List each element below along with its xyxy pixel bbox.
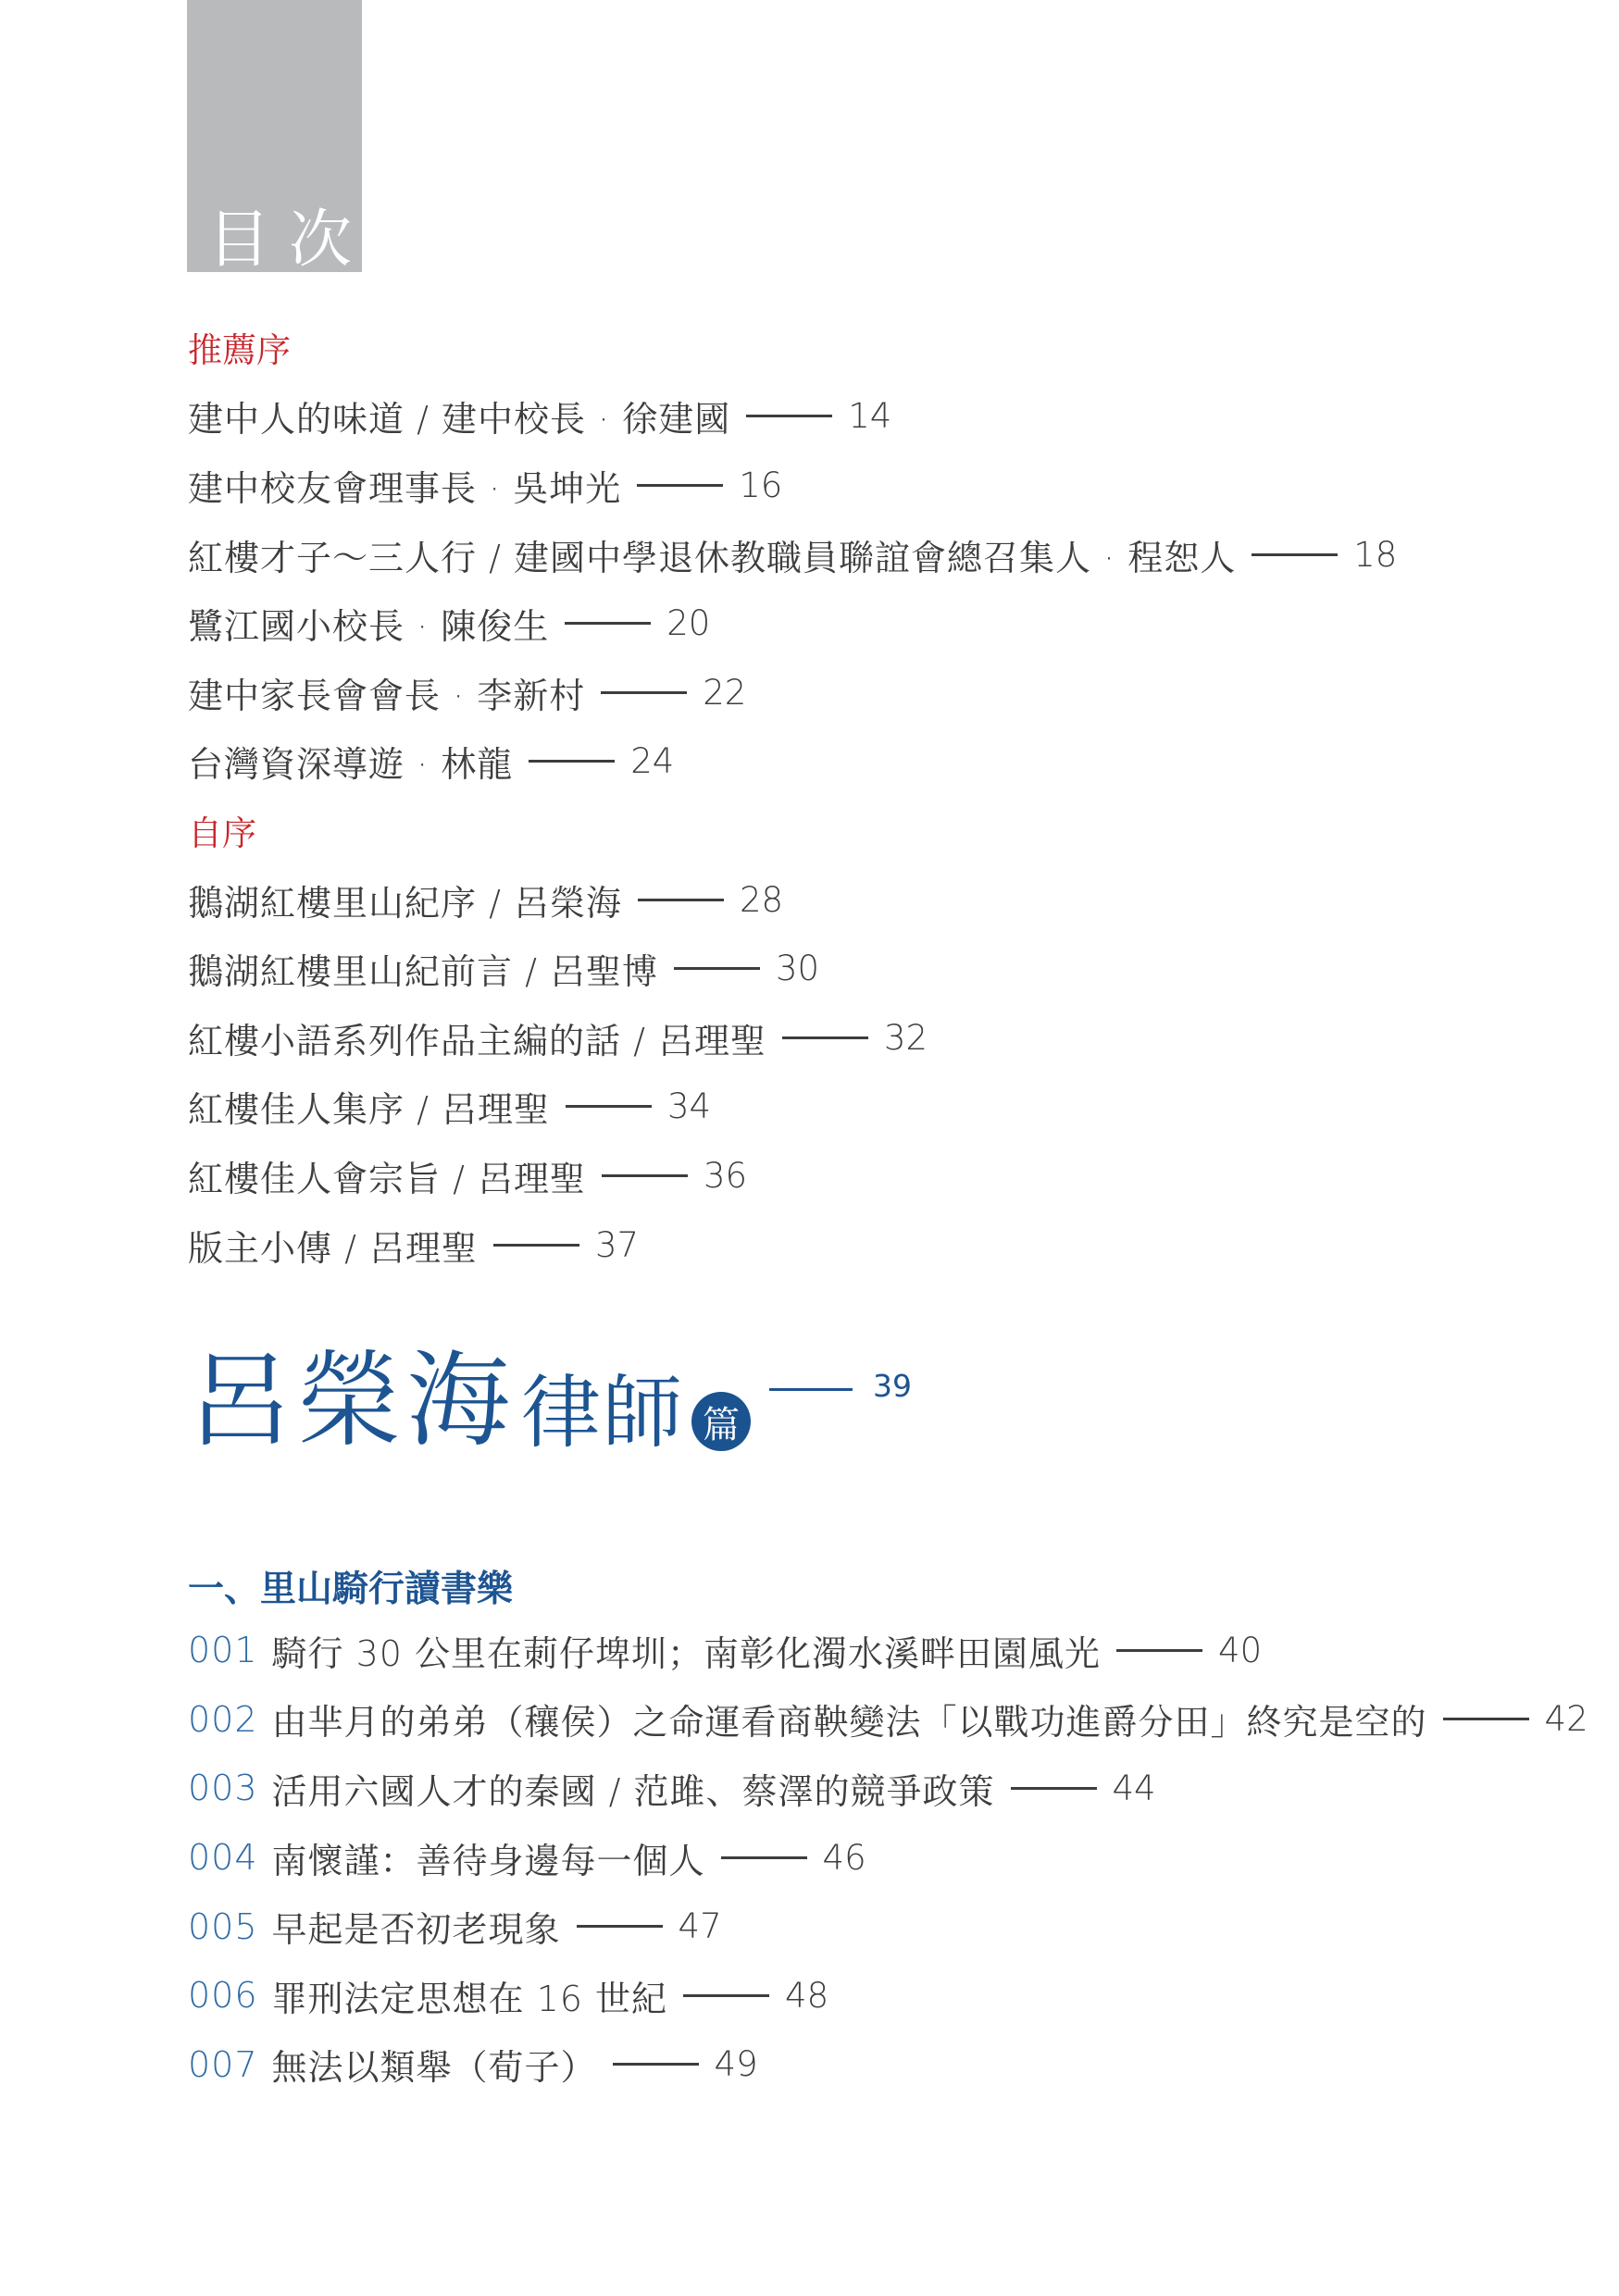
- leader-line: [1116, 1649, 1202, 1652]
- entry-title: 鷺江國小校長 · 陳俊生: [188, 598, 549, 649]
- entry-page: 37: [595, 1225, 639, 1265]
- front-matter-list: 推薦序 建中人的味道 / 建中校長 · 徐建國 14 建中校友會理事長 · 吳坤…: [188, 313, 1397, 1279]
- entry-title: 無法以類舉（荀子）: [272, 2039, 597, 2090]
- leader-line: [746, 415, 832, 417]
- entry-page: 32: [884, 1018, 928, 1058]
- leader-line: [674, 967, 760, 970]
- leader-line: [529, 760, 615, 763]
- entry-title: 建中家長會會長 · 李新村: [188, 667, 585, 718]
- toc-entry: 007 無法以類舉（荀子） 49: [188, 2030, 1588, 2100]
- leader-line: [565, 622, 651, 625]
- entry-page: 44: [1113, 1769, 1156, 1808]
- toc-entry: 鷺江國小校長 · 陳俊生 20: [188, 589, 1397, 658]
- entry-title: 紅樓佳人集序 / 呂理聖: [188, 1081, 550, 1132]
- part-page: 39: [873, 1368, 912, 1404]
- entry-page: 14: [848, 396, 891, 436]
- entry-page: 28: [740, 880, 783, 920]
- entry-title: 建中校友會理事長 · 吳坤光: [188, 460, 621, 511]
- leader-line: [1252, 553, 1338, 556]
- leader-line: [577, 1925, 663, 1928]
- entry-number: 002: [188, 1699, 258, 1740]
- entry-title: 罪刑法定思想在 16 世紀: [272, 1970, 668, 2021]
- leader-line: [721, 1856, 807, 1859]
- entry-number: 005: [188, 1906, 258, 1947]
- part-title-sub: 律師: [521, 1373, 684, 1453]
- leader-line: [1443, 1718, 1529, 1720]
- entry-title: 早起是否初老現象: [272, 1901, 561, 1952]
- entry-title: 鵝湖紅樓里山紀序 / 呂榮海: [188, 875, 622, 925]
- part-leader-line: [769, 1388, 853, 1391]
- entry-title: 紅樓才子～三人行 / 建國中學退休教職員聯誼會總召集人 · 程恕人: [188, 529, 1236, 580]
- toc-header-block: 目次: [187, 0, 362, 272]
- toc-entry: 鵝湖紅樓里山紀序 / 呂榮海 28: [188, 865, 1397, 935]
- entry-number: 004: [188, 1837, 258, 1878]
- toc-entry: 台灣資深導遊 · 林龍 24: [188, 727, 1397, 797]
- entry-page: 36: [704, 1156, 747, 1196]
- leader-line: [613, 2063, 699, 2066]
- section-heading-recommendations: 推薦序: [188, 313, 1397, 382]
- entry-title: 紅樓小語系列作品主編的話 / 呂理聖: [188, 1012, 766, 1063]
- leader-line: [601, 691, 687, 694]
- entry-title: 建中人的味道 / 建中校長 · 徐建國: [188, 391, 730, 441]
- leader-line: [637, 484, 723, 487]
- toc-entry: 建中家長會會長 · 李新村 22: [188, 658, 1397, 727]
- entry-page: 22: [703, 673, 746, 713]
- toc-entry: 建中校友會理事長 · 吳坤光 16: [188, 451, 1397, 520]
- entry-page: 16: [739, 465, 782, 505]
- entry-title: 鵝湖紅樓里山紀前言 / 呂聖博: [188, 943, 658, 994]
- leader-line: [782, 1036, 868, 1039]
- part-title: 呂榮海 律師 篇 39: [188, 1347, 912, 1453]
- entry-number: 003: [188, 1768, 258, 1808]
- chapter-heading: 一、里山騎行讀書樂: [188, 1560, 513, 1612]
- leader-line: [493, 1244, 579, 1247]
- leader-line: [683, 1994, 769, 1997]
- leader-line: [602, 1174, 688, 1177]
- toc-page: 目次 推薦序 建中人的味道 / 建中校長 · 徐建國 14 建中校友會理事長 ·…: [0, 0, 1619, 2296]
- entry-number: 006: [188, 1975, 258, 2016]
- leader-line: [566, 1105, 652, 1108]
- entry-title: 南懷謹：善待身邊每一個人: [272, 1832, 705, 1883]
- chapter-list: 001 騎行 30 公里在莿仔埤圳；南彰化濁水溪畔田園風光 40 002 由芈月…: [188, 1616, 1588, 2099]
- toc-entry: 002 由芈月的弟弟（穰侯）之命運看商鞅變法「以戰功進爵分田」終究是空的 42: [188, 1685, 1588, 1755]
- entry-page: 49: [715, 2044, 758, 2084]
- entry-title: 台灣資深導遊 · 林龍: [188, 736, 513, 787]
- entry-number: 001: [188, 1630, 258, 1670]
- toc-entry: 005 早起是否初老現象 47: [188, 1892, 1588, 1961]
- leader-line: [638, 899, 724, 901]
- entry-page: 30: [776, 949, 819, 988]
- entry-page: 40: [1218, 1631, 1262, 1670]
- toc-entry: 紅樓小語系列作品主編的話 / 呂理聖 32: [188, 1003, 1397, 1073]
- toc-entry: 004 南懷謹：善待身邊每一個人 46: [188, 1823, 1588, 1893]
- entry-page: 42: [1545, 1699, 1588, 1739]
- entry-title: 紅樓佳人會宗旨 / 呂理聖: [188, 1150, 586, 1201]
- toc-entry: 001 騎行 30 公里在莿仔埤圳；南彰化濁水溪畔田園風光 40: [188, 1616, 1588, 1685]
- entry-page: 47: [679, 1906, 722, 1946]
- toc-entry: 建中人的味道 / 建中校長 · 徐建國 14: [188, 382, 1397, 452]
- entry-title: 由芈月的弟弟（穰侯）之命運看商鞅變法「以戰功進爵分田」終究是空的: [272, 1694, 1427, 1744]
- entry-page: 46: [823, 1838, 866, 1878]
- entry-page: 34: [667, 1086, 711, 1126]
- entry-title: 騎行 30 公里在莿仔埤圳；南彰化濁水溪畔田園風光: [272, 1625, 1102, 1676]
- toc-entry: 紅樓佳人集序 / 呂理聖 34: [188, 1073, 1397, 1142]
- entry-page: 24: [630, 741, 674, 781]
- entry-title: 版主小傳 / 呂理聖: [188, 1220, 478, 1271]
- toc-entry: 版主小傳 / 呂理聖 37: [188, 1210, 1397, 1280]
- section-heading-preface: 自序: [188, 796, 1397, 865]
- toc-entry: 003 活用六國人才的秦國 / 范雎、蔡澤的競爭政策 44: [188, 1754, 1588, 1823]
- toc-entry: 紅樓佳人會宗旨 / 呂理聖 36: [188, 1141, 1397, 1210]
- toc-entry: 紅樓才子～三人行 / 建國中學退休教職員聯誼會總召集人 · 程恕人 18: [188, 520, 1397, 590]
- entry-page: 18: [1353, 535, 1397, 575]
- toc-entry: 鵝湖紅樓里山紀前言 / 呂聖博 30: [188, 934, 1397, 1003]
- entry-number: 007: [188, 2044, 258, 2085]
- entry-page: 20: [666, 603, 710, 643]
- leader-line: [1011, 1787, 1097, 1790]
- entry-title: 活用六國人才的秦國 / 范雎、蔡澤的競爭政策: [272, 1763, 995, 1814]
- part-title-main: 呂榮海: [188, 1349, 516, 1453]
- toc-title: 目次: [207, 209, 370, 272]
- part-badge: 篇: [691, 1392, 751, 1451]
- entry-page: 48: [785, 1976, 828, 2016]
- toc-entry: 006 罪刑法定思想在 16 世紀 48: [188, 1961, 1588, 2030]
